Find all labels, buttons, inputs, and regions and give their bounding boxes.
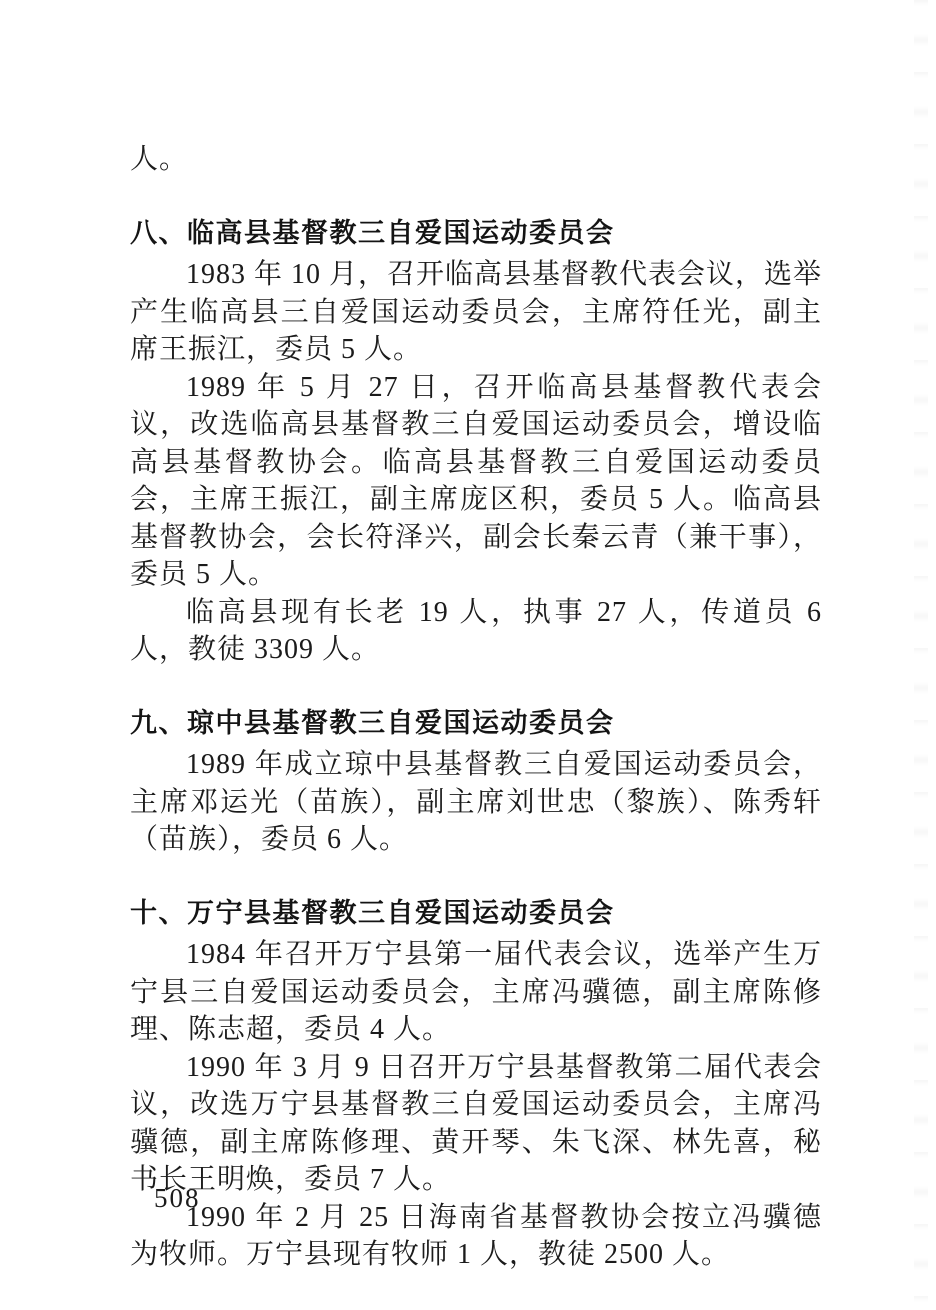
paragraph: 1989 年成立琼中县基督教三自爱国运动委员会，主席邓运光（苗族），副主席刘世忠… bbox=[130, 746, 822, 859]
paragraph: 1990 年 3 月 9 日召开万宁县基督教第二届代表会议，改选万宁县基督教三自… bbox=[130, 1049, 822, 1199]
section-heading: 八、临高县基督教三自爱国运动委员会 bbox=[130, 215, 822, 253]
sections: 八、临高县基督教三自爱国运动委员会 1983 年 10 月，召开临高县基督教代表… bbox=[130, 215, 822, 1274]
document-section: 十、万宁县基督教三自爱国运动委员会 1984 年召开万宁县第一届代表会议，选举产… bbox=[130, 895, 822, 1274]
section-heading: 九、琼中县基督教三自爱国运动委员会 bbox=[130, 705, 822, 743]
paragraph: 1984 年召开万宁县第一届代表会议，选举产生万宁县三自爱国运动委员会，主席冯骥… bbox=[130, 936, 822, 1049]
document-section: 八、临高县基督教三自爱国运动委员会 1983 年 10 月，召开临高县基督教代表… bbox=[130, 215, 822, 669]
page-text-block: 人。 八、临高县基督教三自爱国运动委员会 1983 年 10 月，召开临高县基督… bbox=[130, 141, 822, 1274]
paragraph: 1989 年 5 月 27 日，召开临高县基督教代表会议，改选临高县基督教三自爱… bbox=[130, 369, 822, 594]
scanned-book-page: 人。 八、临高县基督教三自爱国运动委员会 1983 年 10 月，召开临高县基督… bbox=[0, 0, 936, 1310]
paragraph: 1990 年 2 月 25 日海南省基督教协会按立冯骥德为牧师。万宁县现有牧师 … bbox=[130, 1199, 822, 1274]
section-paragraphs: 1983 年 10 月，召开临高县基督教代表会议，选举产生临高县三自爱国运动委员… bbox=[130, 256, 822, 669]
document-section: 九、琼中县基督教三自爱国运动委员会 1989 年成立琼中县基督教三自爱国运动委员… bbox=[130, 705, 822, 859]
section-paragraphs: 1984 年召开万宁县第一届代表会议，选举产生万宁县三自爱国运动委员会，主席冯骥… bbox=[130, 936, 822, 1274]
leading-continuation-paragraph: 人。 bbox=[130, 141, 822, 179]
page-number: 508 bbox=[154, 1183, 201, 1214]
paragraph: 临高县现有长老 19 人，执事 27 人，传道员 6 人，教徒 3309 人。 bbox=[130, 594, 822, 669]
section-heading: 十、万宁县基督教三自爱国运动委员会 bbox=[130, 895, 822, 933]
paragraph: 1983 年 10 月，召开临高县基督教代表会议，选举产生临高县三自爱国运动委员… bbox=[130, 256, 822, 369]
section-paragraphs: 1989 年成立琼中县基督教三自爱国运动委员会，主席邓运光（苗族），副主席刘世忠… bbox=[130, 746, 822, 859]
scan-artifact-right-edge bbox=[914, 0, 928, 1310]
